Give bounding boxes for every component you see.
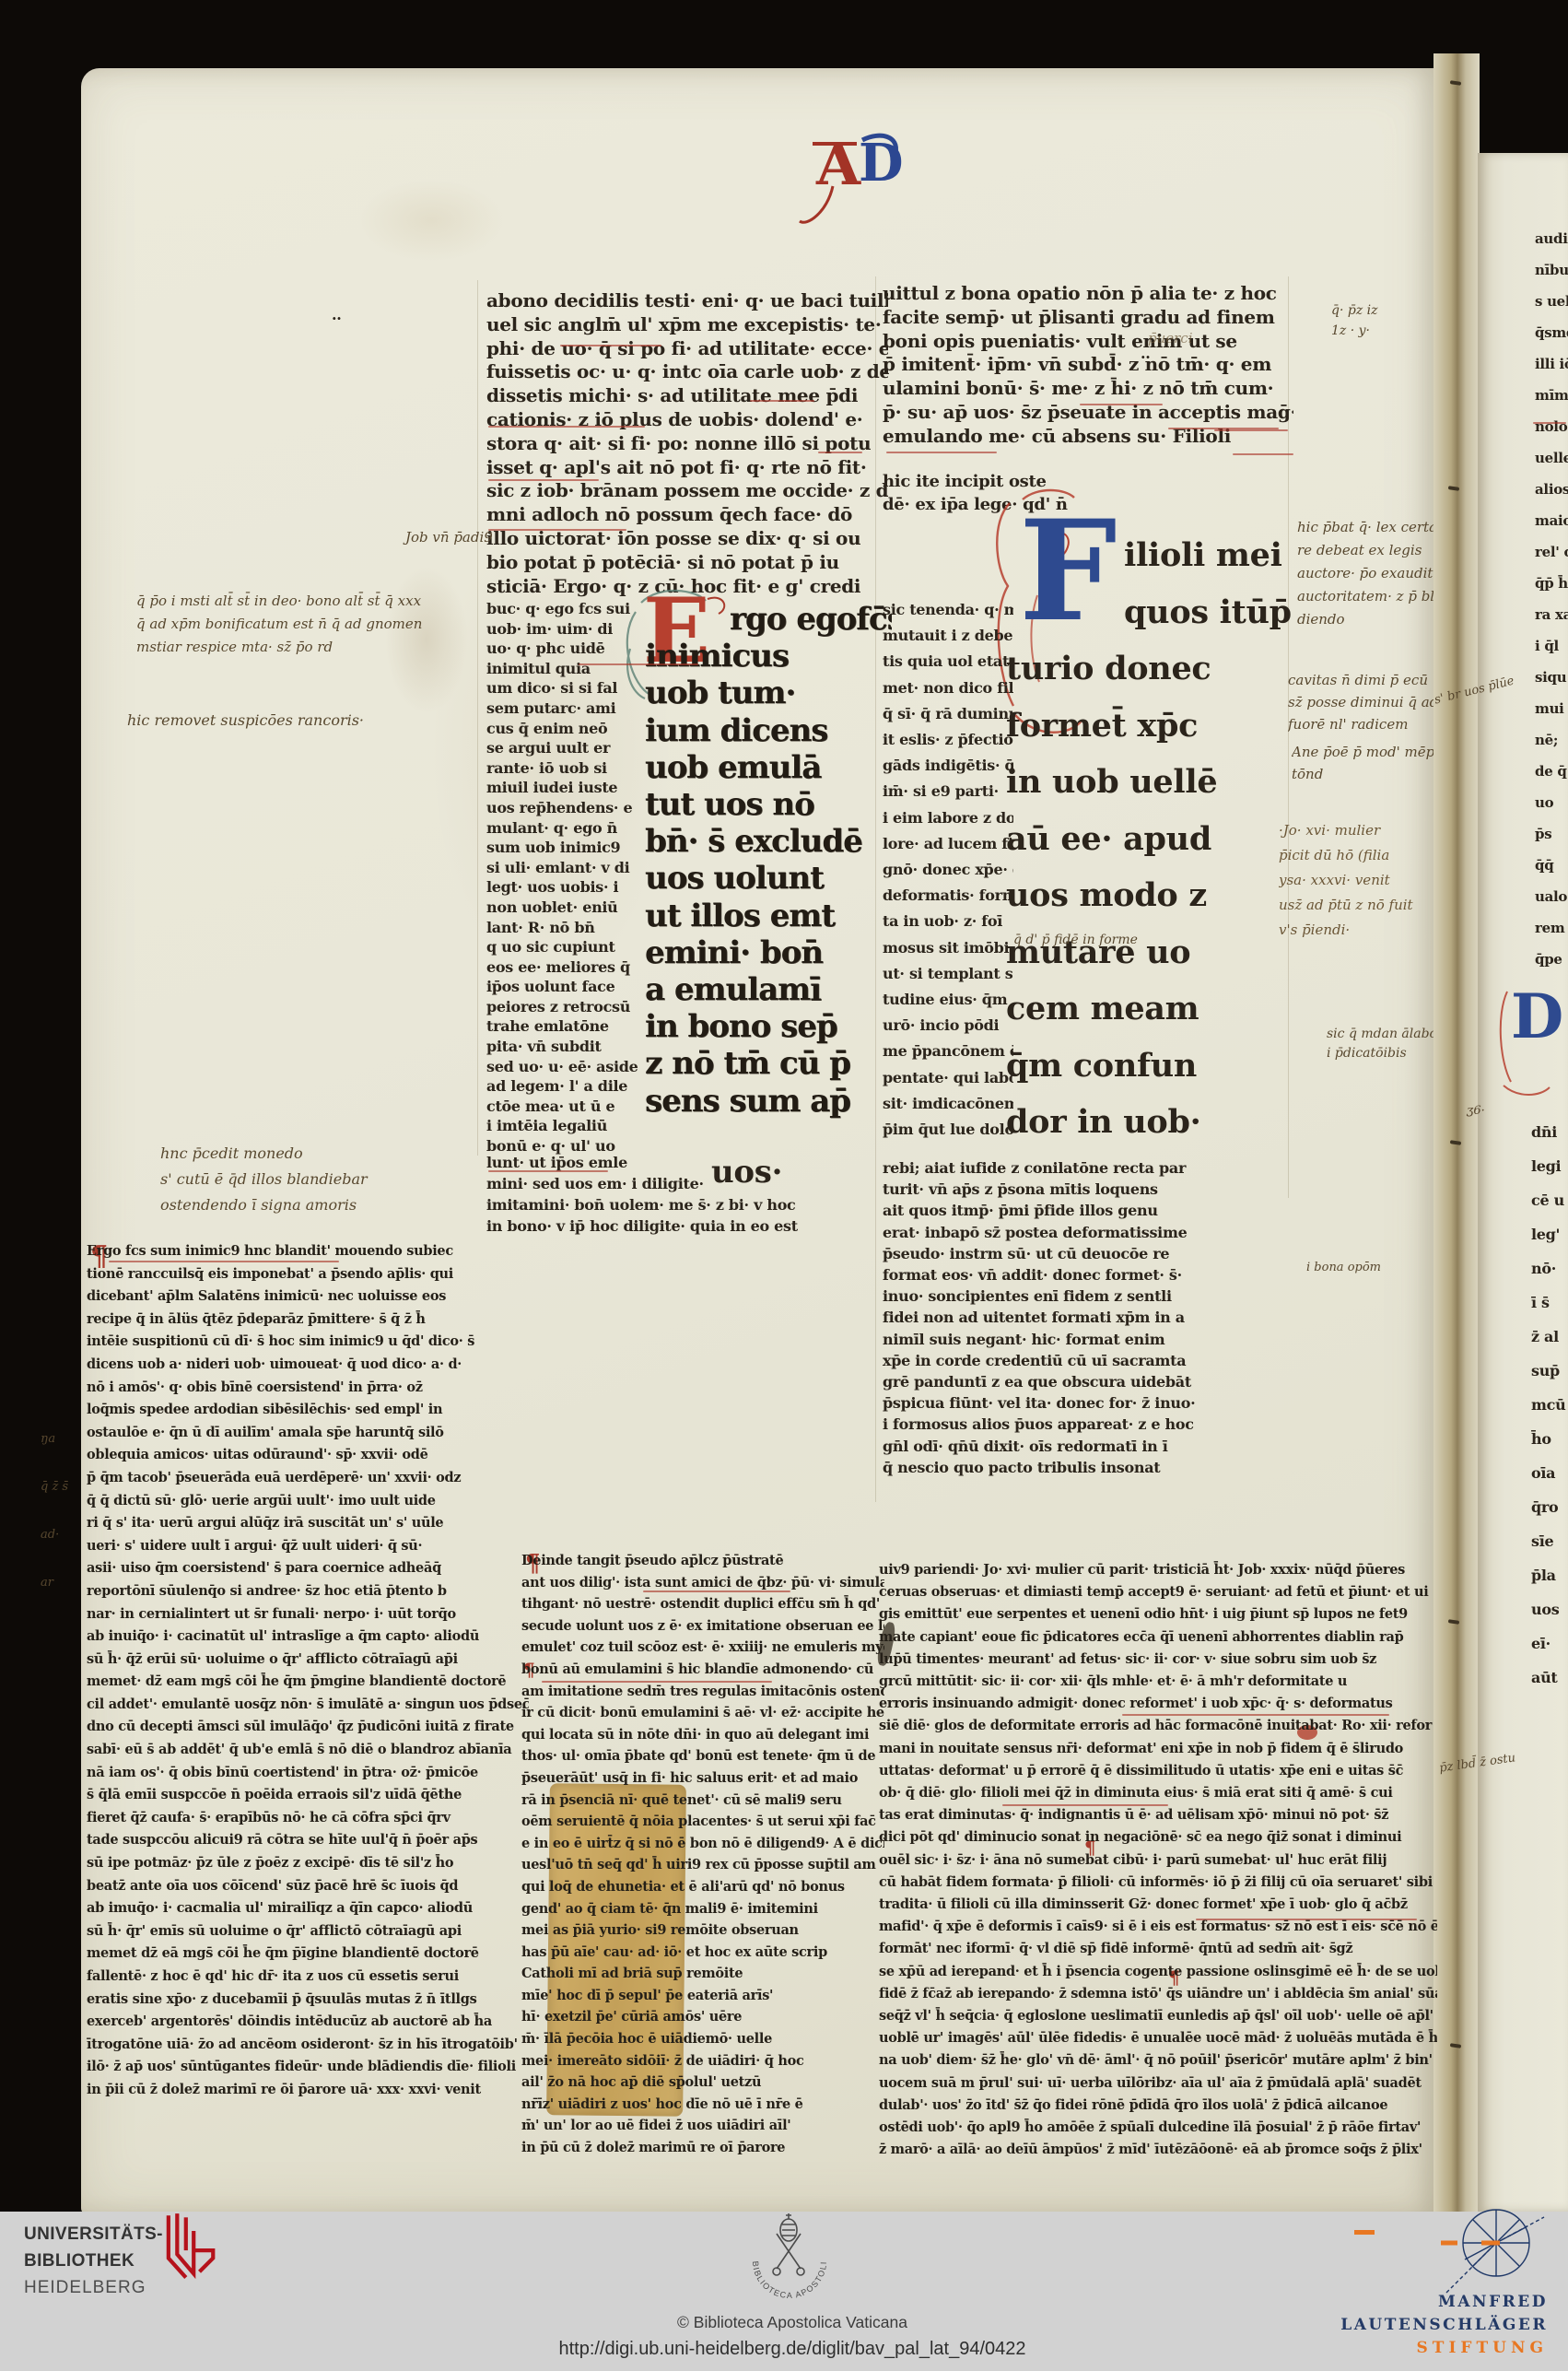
text-line: nā iam os'· q̄ obis bīnū coertistend' in… bbox=[87, 1762, 529, 1785]
text-fragment: uo bbox=[1535, 787, 1568, 818]
text-line: ueri· s' uidere uult ī argui· q̄z̄ uult … bbox=[87, 1535, 529, 1558]
text-line: ītrogatōne uiā· z̄o ad ancēom osideront·… bbox=[87, 2034, 529, 2057]
text-fragment: mcū bbox=[1531, 1388, 1568, 1422]
text-line: cil addet'· emulantē uosq̄z nōn· s̄ imul… bbox=[87, 1694, 529, 1717]
red-underline bbox=[1080, 404, 1163, 405]
text-line: gis emittūt' eue serpentes et uenenī odi… bbox=[879, 1603, 1437, 1626]
bottom-commentary-left: Ergo fcs sum inimic9 hnc blandit' mouend… bbox=[87, 1240, 529, 2107]
text-line: sz̄ posse diminui q̄ ad bbox=[1288, 691, 1439, 713]
text-line: ilō· z̄ ap̄ uos' sūntūgantes fideūr· und… bbox=[87, 2056, 529, 2079]
text-fragment: i q̄l bbox=[1535, 630, 1568, 662]
text-fragment: h̄o bbox=[1531, 1422, 1568, 1456]
column-a-gloss-narrow: buc· q· ego fcs suiuob· im· uim· diuo· q… bbox=[486, 599, 645, 1157]
text-line: facite semp̄· ut p̄lisanti gradu ad fine… bbox=[883, 306, 1293, 330]
text-line: mei· imereāto sidōiī· z̄ de uiādiri· q̄ … bbox=[521, 2050, 884, 2072]
text-line: q̄ p̄o i msti alt̄ st̄ in deo· bono alt̄… bbox=[136, 590, 486, 613]
text-line: p̄seuerāūt' usq̄ in fi· hic saluus erit·… bbox=[521, 1767, 884, 1790]
lemma-line: formet̄ xp̄c bbox=[1006, 698, 1310, 755]
text-line: s' cutū ē q̄d illos blandiebar bbox=[138, 1167, 451, 1192]
text-line: sū h̄· q̄r' emīs sū uoluime o q̄r' affli… bbox=[87, 1920, 529, 1943]
text-line: exerceb' argentorēs' dōindis intēducūz a… bbox=[87, 2011, 529, 2034]
lemma-line: quos itūp̄ bbox=[1006, 584, 1310, 641]
lemma-line: rgo egofc̄s bbox=[645, 601, 892, 638]
text-line: cavitas n̄ dimi p̄ ecū bbox=[1288, 669, 1439, 691]
edge-mark: ad· bbox=[41, 1511, 81, 1559]
margin-note-right-2b: Ane p̄oē p̄ mod' mēpatōnd bbox=[1292, 741, 1443, 789]
text-line: mosus sit imōbi bbox=[883, 935, 1013, 961]
ruling-line bbox=[477, 280, 478, 1156]
lemma-line: tut uos nō bbox=[645, 786, 892, 823]
text-fragment: q̄smdē bbox=[1535, 317, 1568, 348]
left-edge-marks: ŋaq̄ z̄ s̄ad·ar bbox=[41, 1415, 81, 1637]
text-line: fuorē nl' radicem bbox=[1288, 713, 1439, 735]
text-line: it eslis· z p̄fectioni bbox=[883, 727, 1013, 753]
dots-mark: ‥ bbox=[332, 306, 341, 323]
text-line: p̄icit dū hō (filia bbox=[1279, 843, 1445, 868]
text-line: v's p̄iendi· bbox=[1279, 918, 1445, 943]
lemma-line: uob tum· bbox=[645, 675, 892, 711]
facing-fragments-top: audienībuss uelleq̄smdēilli iō amīmnolo … bbox=[1535, 223, 1568, 979]
lemma-line: ut illos emt bbox=[645, 898, 892, 934]
text-line: mate capiant' eoue fic p̄dicatores ecc̄a… bbox=[879, 1626, 1437, 1649]
text-fragment: s uelle bbox=[1535, 286, 1568, 317]
text-line: e in eo ē uirt̄z q̄ si nō ē bon nō ē dil… bbox=[521, 1833, 884, 1855]
text-line: ostendendo ī signa amoris bbox=[138, 1192, 451, 1218]
text-line: inimitul quia bbox=[486, 659, 645, 679]
lemma-line: emini· bon̄ bbox=[645, 934, 892, 971]
text-line: phi· de uo· q̄ si po fi· ad utilitate· e… bbox=[486, 337, 888, 361]
text-line: cationis· z iō plus de uobis· dolend' e· bbox=[486, 408, 888, 432]
text-fragment: p̄s bbox=[1535, 818, 1568, 850]
lemma-line: uos modo z bbox=[1006, 867, 1310, 924]
margin-note-right-2: cavitas n̄ dimi p̄ ecūsz̄ posse diminui … bbox=[1288, 669, 1439, 739]
column-b-gloss-top: uittul z bona opatio nōn p̄ alia te· z h… bbox=[883, 282, 1293, 450]
text-line: im̄· si e9 parti· bbox=[883, 779, 1013, 804]
vatican-library-seal-icon: BIBLIOTECA APOSTOLICA VATICANA bbox=[742, 2212, 837, 2311]
lemma-line: z nō tm̄ cū p̄ bbox=[645, 1045, 892, 1082]
text-line: cū habāt fidem formata· p̄ filioli· cū i… bbox=[879, 1872, 1437, 1894]
red-underline bbox=[750, 400, 814, 402]
text-line: format eos· vn̄ addit· donec formet· s̄· bbox=[883, 1264, 1293, 1285]
text-line: dno cū decepti āmsci sūl imulāq̄o' q̄z p… bbox=[87, 1716, 529, 1739]
text-line: urō· incio pōdi bbox=[883, 1013, 1013, 1039]
text-line: ouēl sic· i· s̄z· i· āna nō sumebat cibū… bbox=[879, 1849, 1437, 1872]
text-line: trahe emlatōne bbox=[486, 1016, 645, 1037]
text-line: sed uo· u· eē· aside bbox=[486, 1057, 645, 1077]
fold-note-2: ʒ6· bbox=[1467, 1104, 1485, 1118]
digitization-url: http://digi.ub.uni-heidelberg.de/diglit/… bbox=[424, 2339, 1161, 2360]
margin-note-faded: p̄uerci bbox=[1148, 330, 1193, 346]
text-line: eratis sine xp̄o· z ducebamīi p̄ q̄suulā… bbox=[87, 1989, 529, 2012]
text-fragment: p̄la bbox=[1531, 1558, 1568, 1592]
text-fragment: leg' bbox=[1531, 1217, 1568, 1251]
binding-stitch bbox=[1448, 1619, 1459, 1625]
lemma-line: sens sum ap̄ bbox=[645, 1083, 892, 1120]
text-line: re debeat ex legis bbox=[1297, 539, 1445, 562]
text-line: imitamini· bon̄ uolem· me s̄· z bi· v ho… bbox=[486, 1194, 888, 1215]
text-fragment: nībus bbox=[1535, 254, 1568, 286]
text-fragment: alios bbox=[1535, 474, 1568, 505]
text-line: mafid'· q̄ xp̄e ē deformis ī caīs9· si ē… bbox=[879, 1916, 1437, 1938]
lemma-line: turio donec bbox=[1006, 640, 1310, 698]
text-line: siē diē· glos de deformitate erroris ad … bbox=[879, 1715, 1437, 1737]
vatican-copyright: © Biblioteca Apostolica Vaticana bbox=[516, 2313, 1069, 2332]
lemma-line: inimicus bbox=[645, 638, 892, 675]
lemma-line: uob emulā bbox=[645, 749, 892, 786]
text-line: hic p̄bat q̄· lex certa bbox=[1297, 516, 1445, 539]
text-fragment: aūt bbox=[1531, 1661, 1568, 1695]
text-line: p̄ imitent̄· ip̄m· vn̄ subd̄· z nō tm̄· … bbox=[883, 353, 1293, 377]
text-line: ant uos dilig'· ista sunt amici de q̄bz·… bbox=[521, 1572, 884, 1594]
text-fragment: siqu bbox=[1535, 662, 1568, 693]
text-line: pita· vn̄ subdit bbox=[486, 1037, 645, 1057]
text-line: eos ee· meliores q̄ bbox=[486, 957, 645, 978]
margin-note-left-1: q̄ p̄o i msti alt̄ st̄ in deo· bono alt̄… bbox=[136, 590, 486, 662]
text-line: am imitatione sedm̄ tres regulas imitacō… bbox=[521, 1681, 884, 1703]
text-line: hnc p̄cedit monedo bbox=[138, 1141, 451, 1167]
text-line: tade suspccōu alicui9 rā cōtra se hīte u… bbox=[87, 1829, 529, 1852]
text-line: se xp̄ū ad ierepand· et h̄ i p̄sencia co… bbox=[879, 1961, 1437, 1983]
text-line: q̄ q̄ dictū sū· glō· uerie argūi uult'· … bbox=[87, 1490, 529, 1513]
ub-line-3: HEIDELBERG bbox=[24, 2274, 163, 2301]
text-line: tihgant· nō uestrē· ostendit duplici eff… bbox=[521, 1593, 884, 1615]
text-fragment: q̄pe bbox=[1535, 944, 1568, 975]
text-line: oblequia amicos· uitas odūraund'· sp̄· x… bbox=[87, 1444, 529, 1467]
text-fragment: legi bbox=[1531, 1149, 1568, 1183]
dots-mark: ‥ bbox=[1141, 345, 1150, 362]
text-fragment: uelle bbox=[1535, 442, 1568, 474]
lemma-line: ium dicens bbox=[645, 712, 892, 749]
text-line: se argui uult er bbox=[486, 738, 645, 758]
text-line: na uob' diem· s̄z̄ h̄e· glo' vn̄ dē· āml… bbox=[879, 2049, 1437, 2072]
text-line: met· non dico fili bbox=[883, 675, 1013, 701]
text-line: miuil iudei iuste bbox=[486, 778, 645, 798]
text-line: Deinde tangit p̄seudo ap̄lcz p̄ūstratē bbox=[521, 1550, 884, 1572]
text-fragment: illi iō a bbox=[1535, 348, 1568, 380]
text-line: erroris insinuando admigit· donec reform… bbox=[879, 1693, 1437, 1715]
text-line: ab inuiq̄o· i· cacinatūt ul' intraslīge … bbox=[87, 1626, 529, 1649]
text-line: m̄' un' lor ao uē fidei z̄ uos uiādiri a… bbox=[521, 2115, 884, 2137]
text-line: uo· q· phc uidē bbox=[486, 639, 645, 659]
text-line: fidei non ad uitentet formati xp̄m in a bbox=[883, 1307, 1293, 1328]
lemma-line: a emulamī bbox=[645, 971, 892, 1008]
text-line: cus q̄ enim neō bbox=[486, 719, 645, 739]
text-line: q̄ ad xp̄m bonificatum est n̄ q̄ ad gnom… bbox=[136, 613, 486, 636]
text-fragment: audie bbox=[1535, 223, 1568, 254]
text-line: in bono· v ip̄ hoc diligite· quia in eo … bbox=[486, 1215, 888, 1237]
stiftung-line-1: MANFRED bbox=[1253, 2291, 1548, 2314]
text-line: tas erat diminutas· q̄· indignantis ū ē·… bbox=[879, 1804, 1437, 1826]
text-line: auctoritatem· z p̄ blan bbox=[1297, 585, 1445, 608]
text-fragment: q̄ro bbox=[1531, 1490, 1568, 1524]
ub-heidelberg-logo-icon bbox=[162, 2212, 217, 2285]
text-line: recipe q̄ in ālüs q̄tēz p̄deparāz p̄mitt… bbox=[87, 1309, 529, 1332]
text-line: ob· q̄ diē· glo· filioli mei q̄z̄ in dim… bbox=[879, 1782, 1437, 1804]
facing-initial-letter: D bbox=[1511, 980, 1563, 1052]
text-line: dissetis michi· s· ad utilitate mee p̄di bbox=[486, 384, 888, 408]
text-fragment: sīe bbox=[1531, 1524, 1568, 1558]
text-line: dulab'· uos' z̄o ītd' s̄z̄ q̄o fidei rōn… bbox=[879, 2095, 1437, 2117]
text-line: deformatis· forme bbox=[883, 883, 1013, 909]
text-line: boni opis pueniatis· vult enim ut se bbox=[883, 330, 1293, 354]
text-line: in p̄ii cū z̄ dolez̄ marimī re ōi p̄aror… bbox=[87, 2079, 529, 2102]
red-underline bbox=[1214, 429, 1288, 431]
text-line: ri q̄ s' ita· uerū argui alūq̄z irā susc… bbox=[87, 1512, 529, 1535]
text-line: formāt' nec iformī· q̄· vl diē sp̄ fidē … bbox=[879, 1938, 1437, 1960]
text-line: peiores z retrocsū bbox=[486, 997, 645, 1017]
text-line: tis quia uol etat bbox=[883, 649, 1013, 675]
text-fragment: nō· bbox=[1531, 1251, 1568, 1285]
facing-fragments-bottom: dn̄ilegicē uleg'nō·ī s̄z̄ alsup̄mcūh̄ooī… bbox=[1531, 1115, 1568, 1705]
ub-line-2: BIBLIOTHEK bbox=[24, 2248, 163, 2274]
text-line: uesl'uō tn̄ seq̄ qd' h̄ uiri9 rex cū p̄p… bbox=[521, 1854, 884, 1876]
interlinear-gloss: q̄ d' p̄ fidē in forme bbox=[1013, 933, 1138, 947]
text-line: in p̄ū cū z̄ dolez̄ marimū re oī p̄arore bbox=[521, 2137, 884, 2159]
text-line: uos rep̄hendens· e bbox=[486, 798, 645, 818]
text-line: dicebant' ap̄lm Salatēns inimicū· nec uo… bbox=[87, 1285, 529, 1309]
running-title-monogram: A D bbox=[792, 116, 977, 236]
text-line: abono decidilis testi· eni· q· ue baci t… bbox=[486, 289, 888, 313]
text-line: uittul z bona opatio nōn p̄ alia te· z h… bbox=[883, 282, 1293, 306]
text-line: nar· in cernialintert ut s̄r funali· ner… bbox=[87, 1603, 529, 1626]
text-fragment: eī· bbox=[1531, 1626, 1568, 1661]
text-line: xp̄e in corde credentiū cū uī sacramta bbox=[883, 1350, 1293, 1371]
text-line: secude uolunt uos z ē· ex imitatione obs… bbox=[521, 1615, 884, 1637]
parchment-page: A D abono decidilis testi· eni· q· ue ba… bbox=[81, 68, 1437, 2215]
text-line: fuissetis oc· u· q· intc oīa carle uob· … bbox=[486, 360, 888, 384]
monogram-blue-letter: D bbox=[859, 133, 904, 194]
ub-heidelberg-wordmark: UNIVERSITÄTS- BIBLIOTHEK HEIDELBERG bbox=[24, 2221, 163, 2301]
text-fragment: cē u bbox=[1531, 1183, 1568, 1217]
lemma-line: q̄m confun bbox=[1006, 1038, 1310, 1095]
text-line: turit· vn̄ ap̄s z p̄sona mītis loquens bbox=[883, 1179, 1293, 1200]
text-fragment: maior bbox=[1535, 505, 1568, 536]
text-line: tionē ranccuilsq̄ eis imponebat' a p̄sen… bbox=[87, 1263, 529, 1286]
text-line: p̄im q̄ut lue dolo bbox=[883, 1117, 1013, 1143]
text-line: uttatas· deformat' u p̄ errorē q̄ ē diss… bbox=[879, 1760, 1437, 1782]
text-line: loq̄mis spedee ardodian sibēsilēchis· se… bbox=[87, 1399, 529, 1422]
text-fragment: de q̄ bbox=[1535, 756, 1568, 787]
text-line: ail' z̄o nā hoc ap̄ diē sp̄olul' uetzū bbox=[521, 2072, 884, 2094]
text-line: sit· imdicacōnem bbox=[883, 1091, 1013, 1117]
text-line: nimīl suis negant· hic· format enim bbox=[883, 1329, 1293, 1350]
text-line: thos· ul· omīa p̄bate qd' bonū est tenet… bbox=[521, 1745, 884, 1767]
text-line: ceruas obseruas· et dimiasti temp̄ accep… bbox=[879, 1581, 1437, 1603]
text-line: Ergo fcs sum inimic9 hnc blandit' mouend… bbox=[87, 1240, 529, 1263]
text-line: i formosus alios p̄uos appareat· z e hoc bbox=[883, 1414, 1293, 1435]
text-line: memet dz̄ eā mgs̄ cōi h̄e q̄m p̄īgine bl… bbox=[87, 1943, 529, 1966]
lemma-line: aū ee· apud bbox=[1006, 811, 1310, 868]
bottom-commentary-center: Deinde tangit p̄seudo ap̄lcz p̄ūstratēan… bbox=[521, 1550, 884, 2162]
red-underline bbox=[1233, 453, 1293, 455]
red-underline bbox=[488, 479, 599, 481]
column-b-gloss-narrow: sic tenenda· q· memutauit i z debetis qu… bbox=[883, 597, 1013, 1143]
text-line: fallentē· z hoc ē qd' hic dr̄· ita z uos… bbox=[87, 1966, 529, 1989]
margin-note-right-1: hic p̄bat q̄· lex certare debeat ex legi… bbox=[1297, 516, 1445, 634]
text-line: buc· q· ego fcs sui bbox=[486, 599, 645, 619]
red-underline bbox=[1533, 422, 1566, 424]
text-line: bio potat p̄ potēciā· si nō potat p̄ iu bbox=[486, 551, 888, 575]
text-fragment: dn̄i bbox=[1531, 1115, 1568, 1149]
red-underline bbox=[488, 529, 626, 531]
red-underline bbox=[488, 1170, 608, 1172]
text-line: seq̄z̄ vl' h̄ seq̄cia· q̄ egloslone uesl… bbox=[879, 2005, 1437, 2027]
text-line: mini· sed uos em· i diligite· bbox=[486, 1173, 888, 1194]
text-line: qui locata sū in nōte dn̄i· in quo aū de… bbox=[521, 1724, 884, 1746]
text-fragment: nolo s bbox=[1535, 411, 1568, 442]
red-underline bbox=[488, 426, 645, 428]
text-line: isset q· apl's ait nō pot fi· q· rte nō … bbox=[486, 456, 888, 480]
text-line: ysa· xxxvi· venit bbox=[1279, 868, 1445, 893]
text-line: inuo· soncipientes enī fidem z sentli bbox=[883, 1285, 1293, 1307]
text-line: Ane p̄oē p̄ mod' mēpa bbox=[1292, 741, 1443, 763]
footer-bar: UNIVERSITÄTS- BIBLIOTHEK HEIDELBERG bbox=[0, 2212, 1568, 2371]
text-fragment: ualo bbox=[1535, 881, 1568, 912]
red-underline bbox=[886, 452, 997, 453]
text-line: uiv9 pariendi· Jo· xvi· mulier cū parit·… bbox=[879, 1559, 1437, 1581]
text-line: um dico· si si fal bbox=[486, 678, 645, 698]
text-line: m̄· īlā p̄ecōia hoc ē uiādiemō· uelle bbox=[521, 2028, 884, 2050]
text-fragment: rel' cū bbox=[1535, 536, 1568, 568]
lemma-line: bn̄· s̄ excludē bbox=[645, 823, 892, 860]
margin-note-left-2: hic removet suspicōes rancoris· bbox=[127, 711, 364, 729]
text-line: ut· si templant sili bbox=[883, 961, 1013, 987]
text-line: intēie suspitionū cū dī· s̄ hoc sim inim… bbox=[87, 1331, 529, 1354]
text-line: gnō· donec xp̄e· q̄ bbox=[883, 857, 1013, 883]
column-a-gloss-below: lunt· ut ip̄os emlemini· sed uos em· i d… bbox=[486, 1152, 888, 1240]
text-line: ir cū dicit· bonū emulamini s̄ aē· vl· e… bbox=[521, 1702, 884, 1724]
edge-mark: ŋa bbox=[41, 1415, 81, 1463]
column-a-gloss-top: abono decidilis testi· eni· q· ue baci t… bbox=[486, 289, 888, 599]
column-a-lemma: rgo egofc̄sinimicusuob tum·ium dicensuob… bbox=[645, 601, 892, 1122]
text-line: sic z iob· brānam possem me occide· z do bbox=[486, 479, 888, 503]
text-line: asii· uiso q̄m coersistend' s̄ para coer… bbox=[87, 1557, 529, 1580]
binding-stitch bbox=[1450, 80, 1461, 86]
side-note-cursive: i bona opōm bbox=[1306, 1261, 1381, 1274]
red-underline bbox=[560, 345, 661, 346]
text-fragment: q̄p̄ h̄ bbox=[1535, 568, 1568, 599]
text-line: pentate· qui labor bbox=[883, 1065, 1013, 1091]
stiftung-wordmark: MANFRED LAUTENSCHLÄGER STIFTUNG bbox=[1253, 2291, 1548, 2360]
red-underline bbox=[579, 663, 698, 665]
text-line: ostēdi uob'· q̄o apl9 h̄o amōēe z̄ spūal… bbox=[879, 2117, 1437, 2139]
binding-stitch bbox=[1450, 2043, 1461, 2048]
ub-line-1: UNIVERSITÄTS- bbox=[24, 2221, 163, 2248]
lemma-line: dor in uob· bbox=[1006, 1094, 1310, 1151]
text-line: q̄ nescio quo pacto tribulis insonat bbox=[883, 1457, 1293, 1478]
text-line: i eim labore z do bbox=[883, 805, 1013, 831]
text-line: i imtēia legaliū bbox=[486, 1116, 645, 1136]
facing-initial-D: D bbox=[1494, 979, 1568, 1098]
text-line: s̄ q̄lā emīi suspccōe n̄ poēida erraois … bbox=[87, 1784, 529, 1807]
margin-note-right-3: ·Jo· xvi· mulierp̄icit dū hō (filiaysa· … bbox=[1279, 818, 1445, 949]
text-line: nō i amōs'· q· obis bīnē coersistend' in… bbox=[87, 1377, 529, 1400]
text-line: mani in nouitate sensus nr̄i· deformat' … bbox=[879, 1738, 1437, 1760]
text-line: emulet' coz tuil scōoz est· ē· xxiiij· n… bbox=[521, 1637, 884, 1659]
margin-note-job: Job vn̄ p̄adi9 bbox=[405, 529, 493, 546]
stiftung-compass-icon bbox=[1437, 2206, 1553, 2302]
text-line: hī· exetzil p̄e' cūriā amōs' uēre bbox=[521, 2006, 884, 2028]
text-line: ad legem· l' a dile bbox=[486, 1076, 645, 1097]
text-line: rā in p̄senciā nī· quē tenet'· cū sē mal… bbox=[521, 1790, 884, 1812]
text-fragment: mui bbox=[1535, 693, 1568, 724]
text-fragment: ra xa bbox=[1535, 599, 1568, 630]
bottom-commentary-right: uiv9 pariendi· Jo· xvi· mulier cū parit·… bbox=[879, 1559, 1437, 2164]
text-line: tōnd bbox=[1292, 763, 1443, 785]
text-fragment: sup̄ bbox=[1531, 1354, 1568, 1388]
lemma-line: ilioli mei bbox=[1006, 527, 1310, 584]
text-line: auctore· p̄o exaudit bbox=[1297, 562, 1445, 585]
text-line: p̄spicua fiūnt· vel ita· donec for· z̄ i… bbox=[883, 1392, 1293, 1414]
text-line: mni adloch nō possum q̄ech face· dō bbox=[486, 503, 888, 527]
text-line: mīe' hoc dī p̄ sepul' p̄e eateriā arīs' bbox=[521, 1985, 884, 2007]
text-line: q̄ sī· q̄ rā duminu bbox=[883, 701, 1013, 727]
text-line: 1z · y· bbox=[1331, 321, 1433, 341]
text-line: usz̄ ad p̄tū z nō fuit bbox=[1279, 893, 1445, 918]
lemma-line: in bono sep̄ bbox=[645, 1008, 892, 1045]
text-line: lup̄ū timentes· meurant' ad fetus· sic· … bbox=[879, 1649, 1437, 1671]
text-line: lant· R· nō bn̄ bbox=[486, 918, 645, 938]
text-line: dici pōt qd' diminucio sonat in negaciōn… bbox=[879, 1826, 1437, 1849]
stiftung-line-3: STIFTUNG bbox=[1253, 2337, 1548, 2360]
column-b-gloss-below: rebi; aiat iufide z conilatōne recta par… bbox=[883, 1157, 1293, 1482]
text-line: reportōnī sūulenq̄o si andree· s̄z hoc e… bbox=[87, 1580, 529, 1603]
stiftung-line-2: LAUTENSCHLÄGER bbox=[1253, 2314, 1548, 2337]
text-fragment: nē; bbox=[1535, 724, 1568, 756]
text-line: gāds indigētis· q̄t bbox=[883, 753, 1013, 779]
edge-mark: q̄ z̄ s̄ bbox=[41, 1463, 81, 1511]
text-line: uoblē ur' imagēs' aūl' ūlēe fidedis· ē u… bbox=[879, 2027, 1437, 2049]
text-line: mstiar respice mta· sz̄ p̄o rd bbox=[136, 636, 486, 659]
margin-note-left-3: hnc p̄cedit monedos' cutū ē q̄d illos bl… bbox=[138, 1141, 451, 1222]
text-line: ait quos itmp̄· p̄mi p̄fide illos genu bbox=[883, 1200, 1293, 1221]
text-line: qui loq̄ de ehunetia· et ē ali'arū qd' n… bbox=[521, 1876, 884, 1898]
text-line: tudine eius· q̄m bbox=[883, 987, 1013, 1013]
book-gutter bbox=[1433, 53, 1480, 2212]
text-line: legt· uos uobis· i bbox=[486, 877, 645, 898]
red-underline bbox=[818, 452, 862, 453]
text-line: diendo bbox=[1297, 608, 1445, 631]
text-line: sem putarc· ami bbox=[486, 698, 645, 719]
text-line: non uoblet· eniū bbox=[486, 898, 645, 918]
text-line: sabī· eū s̄ ab addēt' q̄ ub'e emlā s̄ nō… bbox=[87, 1739, 529, 1762]
text-line: si uli· emlant· v di bbox=[486, 858, 645, 878]
text-line: bonū aū emulamini s̄ hic blandīe admonen… bbox=[521, 1659, 884, 1681]
text-line: fieret q̄z̄ caufa· s̄· erapībūs nō· he c… bbox=[87, 1807, 529, 1830]
text-line: rante· iō uob si bbox=[486, 758, 645, 779]
text-line: gn̄l odī· qn̄ū dixit· oīs redormatī in ī bbox=[883, 1436, 1293, 1457]
text-line: mulant· q· ego n̄ bbox=[486, 818, 645, 839]
text-line: ip̄os uolunt face bbox=[486, 977, 645, 997]
text-line: ostaulōe e· q̄n ū dī auilīm' amala sp̄e … bbox=[87, 1422, 529, 1445]
digitized-manuscript-viewer: A D abono decidilis testi· eni· q· ue ba… bbox=[0, 0, 1568, 2371]
text-line: ctōe mea· ut ū e bbox=[486, 1097, 645, 1117]
column-b-lemma: ilioli meiquos itūp̄turio donecformet̄ x… bbox=[1006, 527, 1310, 1156]
text-fragment: z̄ al bbox=[1531, 1320, 1568, 1354]
text-line: sū ipe potmāz· p̄z ūle z p̄oēz z excipē·… bbox=[87, 1852, 529, 1875]
text-line: lore· ad lucem fidi bbox=[883, 831, 1013, 857]
text-line: p̄ q̄m tacob' p̄seuerāda euā uerdēperē· … bbox=[87, 1467, 529, 1490]
text-line: ta in uob· z· foī bbox=[883, 909, 1013, 934]
text-line: grcū mittūtit· sic· ii· cor· xii· q̄ls m… bbox=[879, 1671, 1437, 1693]
text-line: oēm seruientē q̄ nōia placentes· s̄ ut s… bbox=[521, 1811, 884, 1833]
text-line: q̄· p̄z iz bbox=[1331, 300, 1433, 321]
lemma-line: uos uolunt bbox=[645, 860, 892, 897]
text-line: grē panduntī z ea que obscura uidebāt bbox=[883, 1371, 1293, 1392]
text-line: dicens uob a· nideri uob· uimoueat· q̄ u… bbox=[87, 1354, 529, 1377]
text-line: q uo sic cupiunt bbox=[486, 937, 645, 957]
text-line: gend' ao q̄ ciam tē· q̄n mali9 ē· imitem… bbox=[521, 1898, 884, 1920]
